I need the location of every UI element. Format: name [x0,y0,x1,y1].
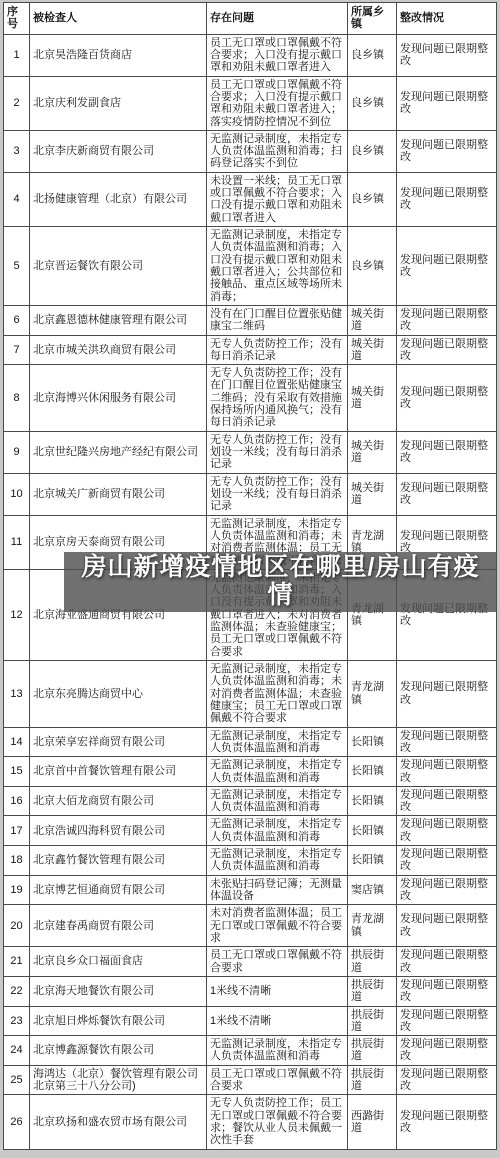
cell-status: 发现问题已限期整改 [397,365,497,432]
cell-township: 拱辰街道 [348,1036,397,1066]
cell-problems: 员工无口罩或口罩佩戴不符合要求 [207,947,348,977]
cell-status: 发现问题已限期整改 [397,1036,497,1066]
cell-status: 发现问题已限期整改 [397,227,497,306]
table-row: 13北京东亮腾达商贸中心无监测记录制度，未指定专人负责体温监测和消毒；未对消费者… [4,661,497,728]
table-row: 15北京首中首餐饮管理有限公司无监测记录制度，未指定专人负责体温监测和消毒长阳镇… [4,757,497,787]
cell-serial: 23 [4,1006,30,1036]
table-row: 23北京旭日烨烁餐饮有限公司1米线不清晰拱辰街道发现问题已限期整改 [4,1006,497,1036]
cell-problems: 无监测记录制度，未指定专人负责体温监测和消毒 [207,1036,348,1066]
cell-serial: 7 [4,335,30,365]
column-header-4: 整改情况 [397,3,497,35]
cell-status: 发现问题已限期整改 [397,875,497,905]
cell-inspected-name: 北京鑫竹餐饮管理有限公司 [30,846,207,876]
cell-problems: 无专人负责防控工作；员工无口罩或口罩佩戴不符合要求；餐饮从业人员未佩戴一次性手套 [207,1095,348,1149]
cell-inspected-name: 北京博艺恒通商贸有限公司 [30,875,207,905]
cell-serial: 10 [4,473,30,515]
cell-inspected-name: 北京玖扬和盛农贸市场有限公司 [30,1095,207,1149]
cell-township: 城关街道 [348,335,397,365]
cell-status: 发现问题已限期整改 [397,34,497,76]
cell-problems: 无专人负责防控工作；没有划设一米线；没有每日消杀记录 [207,431,348,473]
table-row: 7北京市城关洪玖商贸有限公司无专人负责防控工作；没有每日消杀记录城关街道发现问题… [4,335,497,365]
cell-inspected-name: 北京城关广新商贸有限公司 [30,473,207,515]
cell-problems: 1米线不清晰 [207,976,348,1006]
cell-serial: 22 [4,976,30,1006]
table-row: 21北京良乡众口福面食店员工无口罩或口罩佩戴不符合要求拱辰街道发现问题已限期整改 [4,947,497,977]
cell-inspected-name: 北京大佰龙商贸有限公司 [30,786,207,816]
cell-township: 长阳镇 [348,786,397,816]
cell-serial: 19 [4,875,30,905]
cell-township: 拱辰街道 [348,1006,397,1036]
cell-serial: 6 [4,305,30,335]
cell-serial: 26 [4,1095,30,1149]
cell-township: 城关街道 [348,305,397,335]
table-row: 3北京李庆新商贸有限公司无监测记录制度，未指定专人负责体温监测和消毒；扫码登记落… [4,130,497,172]
cell-problems: 无监测记录制度，未指定专人负责体温监测和消毒 [207,757,348,787]
cell-township: 城关街道 [348,365,397,432]
table-row: 19北京博艺恒通商贸有限公司未张贴扫码登记簿；无测量体温设备窦店镇发现问题已限期… [4,875,497,905]
cell-serial: 11 [4,515,30,569]
cell-township: 良乡镇 [348,130,397,172]
cell-township: 拱辰街道 [348,976,397,1006]
cell-township: 良乡镇 [348,76,397,130]
cell-problems: 员工无口罩或口罩佩戴不符合要求 [207,1065,348,1095]
cell-inspected-name: 北京博鑫源餐饮有限公司 [30,1036,207,1066]
cell-inspected-name: 北京鑫恩德林健康管理有限公司 [30,305,207,335]
column-header-0: 序号 [4,3,30,35]
cell-status: 发现问题已限期整改 [397,431,497,473]
cell-problems: 无监测记录制度，未指定专人负责体温监测和消毒 [207,786,348,816]
cell-serial: 15 [4,757,30,787]
table-row: 5北京晋运餐饮有限公司无监测记录制度，未指定专人负责体温监测和消毒；入口没有提示… [4,227,497,306]
cell-status: 发现问题已限期整改 [397,305,497,335]
cell-serial: 9 [4,431,30,473]
table-row: 16北京大佰龙商贸有限公司无监测记录制度，未指定专人负责体温监测和消毒长阳镇发现… [4,786,497,816]
table-row: 6北京鑫恩德林健康管理有限公司没有在门口醒目位置张贴健康宝二维码城关街道发现问题… [4,305,497,335]
cell-inspected-name: 北京昊浩隆百货商店 [30,34,207,76]
cell-township: 西潞街道 [348,1095,397,1149]
cell-problems: 未张贴扫码登记簿；无测量体温设备 [207,875,348,905]
cell-township: 拱辰街道 [348,947,397,977]
cell-serial: 8 [4,365,30,432]
cell-problems: 无监测记录制度，未指定专人负责体温监测和消毒 [207,846,348,876]
cell-serial: 3 [4,130,30,172]
cell-inspected-name: 北京东亮腾达商贸中心 [30,661,207,728]
cell-problems: 员工无口罩或口罩佩戴不符合要求；入口没有提示戴口罩和劝阻未戴口罩者进入；落实疫情… [207,76,348,130]
cell-township: 长阳镇 [348,757,397,787]
cell-township: 青龙湖镇 [348,905,397,947]
cell-serial: 17 [4,816,30,846]
table-row: 17北京浩诚四海科贸有限公司无监测记录制度，未指定专人负责体温监测和消毒长阳镇发… [4,816,497,846]
cell-inspected-name: 北京晋运餐饮有限公司 [30,227,207,306]
cell-township: 城关街道 [348,473,397,515]
cell-inspected-name: 北京庆利发副食店 [30,76,207,130]
cell-problems: 无专人负责防控工作；没有在门口醒目位置张贴健康宝二维码；没有采取有效措施保持场所… [207,365,348,432]
column-header-1: 被检查人 [30,3,207,35]
cell-status: 发现问题已限期整改 [397,661,497,728]
cell-problems: 无监测记录制度，未指定专人负责体温监测和消毒 [207,727,348,757]
cell-status: 发现问题已限期整改 [397,786,497,816]
cell-problems: 无专人负责防控工作；没有划设一米线；没有每日消杀记录 [207,473,348,515]
cell-serial: 21 [4,947,30,977]
cell-inspected-name: 北京首中首餐饮管理有限公司 [30,757,207,787]
cell-problems: 未设置一米线；员工无口罩或口罩佩戴不符合要求；入口没有提示戴口罩和劝阻未戴口罩者… [207,172,348,226]
cell-serial: 18 [4,846,30,876]
table-row: 10北京城关广新商贸有限公司无专人负责防控工作；没有划设一米线；没有每日消杀记录… [4,473,497,515]
cell-status: 发现问题已限期整改 [397,816,497,846]
cell-inspected-name: 北京海博兴休闲服务有限公司 [30,365,207,432]
cell-problems: 未对消费者监测体温；员工无口罩或口罩佩戴不符合要求 [207,905,348,947]
caption-line-1: 房山新增疫情地区在哪里/房山有疫 [64,553,497,581]
cell-inspected-name: 北京建春禹商贸有限公司 [30,905,207,947]
cell-serial: 12 [4,569,30,660]
table-row: 1北京昊浩隆百货商店员工无口罩或口罩佩戴不符合要求；入口没有提示戴口罩和劝阻未戴… [4,34,497,76]
cell-inspected-name: 北扬健康管理（北京）有限公司 [30,172,207,226]
table-row: 22北京海天地餐饮有限公司1米线不清晰拱辰街道发现问题已限期整改 [4,976,497,1006]
cell-problems: 没有在门口醒目位置张贴健康宝二维码 [207,305,348,335]
caption-overlay: 房山新增疫情地区在哪里/房山有疫 情 [64,552,497,612]
table-row: 14北京荣享宏祥商贸有限公司无监测记录制度，未指定专人负责体温监测和消毒长阳镇发… [4,727,497,757]
cell-township: 长阳镇 [348,846,397,876]
cell-serial: 13 [4,661,30,728]
cell-status: 发现问题已限期整改 [397,1095,497,1149]
cell-serial: 20 [4,905,30,947]
column-header-3: 所属乡镇 [348,3,397,35]
table-row: 18北京鑫竹餐饮管理有限公司无监测记录制度，未指定专人负责体温监测和消毒长阳镇发… [4,846,497,876]
cell-inspected-name: 北京市城关洪玖商贸有限公司 [30,335,207,365]
cell-problems: 无监测记录制度，未指定专人负责体温监测和消毒 [207,816,348,846]
cell-inspected-name: 北京李庆新商贸有限公司 [30,130,207,172]
cell-status: 发现问题已限期整改 [397,905,497,947]
cell-status: 发现问题已限期整改 [397,335,497,365]
cell-inspected-name: 北京旭日烨烁餐饮有限公司 [30,1006,207,1036]
cell-inspected-name: 北京浩诚四海科贸有限公司 [30,816,207,846]
cell-township: 拱辰街道 [348,1065,397,1095]
column-header-2: 存在问题 [207,3,348,35]
cell-township: 良乡镇 [348,34,397,76]
table-row: 2北京庆利发副食店员工无口罩或口罩佩戴不符合要求；入口没有提示戴口罩和劝阻未戴口… [4,76,497,130]
cell-problems: 无监测记录制度，未指定专人负责体温监测和消毒；入口没有提示戴口罩和劝阻未戴口罩者… [207,227,348,306]
cell-status: 发现问题已限期整改 [397,727,497,757]
table-row: 9北京世纪隆兴房地产经纪有限公司无专人负责防控工作；没有划设一米线；没有每日消杀… [4,431,497,473]
cell-status: 发现问题已限期整改 [397,130,497,172]
cell-status: 发现问题已限期整改 [397,473,497,515]
cell-status: 发现问题已限期整改 [397,846,497,876]
cell-township: 良乡镇 [348,172,397,226]
cell-status: 发现问题已限期整改 [397,172,497,226]
table-header-row: 序号被检查人存在问题所属乡镇整改情况 [4,3,497,35]
cell-status: 发现问题已限期整改 [397,976,497,1006]
cell-inspected-name: 北京良乡众口福面食店 [30,947,207,977]
cell-inspected-name: 海鸿达（北京）餐饮管理有限公司北京第三十八分公司) [30,1065,207,1095]
table-row: 20北京建春禹商贸有限公司未对消费者监测体温；员工无口罩或口罩佩戴不符合要求青龙… [4,905,497,947]
cell-status: 发现问题已限期整改 [397,1006,497,1036]
cell-status: 发现问题已限期整改 [397,757,497,787]
cell-status: 发现问题已限期整改 [397,76,497,130]
cell-inspected-name: 北京世纪隆兴房地产经纪有限公司 [30,431,207,473]
cell-status: 发现问题已限期整改 [397,1065,497,1095]
cell-serial: 24 [4,1036,30,1066]
table-row: 24北京博鑫源餐饮有限公司无监测记录制度，未指定专人负责体温监测和消毒拱辰街道发… [4,1036,497,1066]
cell-serial: 2 [4,76,30,130]
cell-problems: 无监测记录制度，未指定专人负责体温监测和消毒；扫码登记落实不到位 [207,130,348,172]
cell-problems: 员工无口罩或口罩佩戴不符合要求；入口没有提示戴口罩和劝阻未戴口罩者进入 [207,34,348,76]
cell-problems: 无专人负责防控工作；没有每日消杀记录 [207,335,348,365]
table-row: 25海鸿达（北京）餐饮管理有限公司北京第三十八分公司)员工无口罩或口罩佩戴不符合… [4,1065,497,1095]
cell-serial: 1 [4,34,30,76]
cell-serial: 14 [4,727,30,757]
cell-township: 青龙湖镇 [348,661,397,728]
cell-inspected-name: 北京海天地餐饮有限公司 [30,976,207,1006]
cell-status: 发现问题已限期整改 [397,947,497,977]
table-row: 8北京海博兴休闲服务有限公司无专人负责防控工作；没有在门口醒目位置张贴健康宝二维… [4,365,497,432]
cell-serial: 4 [4,172,30,226]
cell-township: 长阳镇 [348,816,397,846]
cell-problems: 1米线不清晰 [207,1006,348,1036]
table-row: 4北扬健康管理（北京）有限公司未设置一米线；员工无口罩或口罩佩戴不符合要求；入口… [4,172,497,226]
cell-serial: 25 [4,1065,30,1095]
caption-line-2: 情 [64,581,497,609]
cell-township: 长阳镇 [348,727,397,757]
table-row: 26北京玖扬和盛农贸市场有限公司无专人负责防控工作；员工无口罩或口罩佩戴不符合要… [4,1095,497,1149]
cell-inspected-name: 北京荣享宏祥商贸有限公司 [30,727,207,757]
cell-problems: 无监测记录制度，未指定专人负责体温监测和消毒；未对消费者监测体温；未查验健康宝；… [207,661,348,728]
cell-serial: 5 [4,227,30,306]
cell-township: 城关街道 [348,431,397,473]
cell-serial: 16 [4,786,30,816]
cell-township: 窦店镇 [348,875,397,905]
cell-township: 良乡镇 [348,227,397,306]
